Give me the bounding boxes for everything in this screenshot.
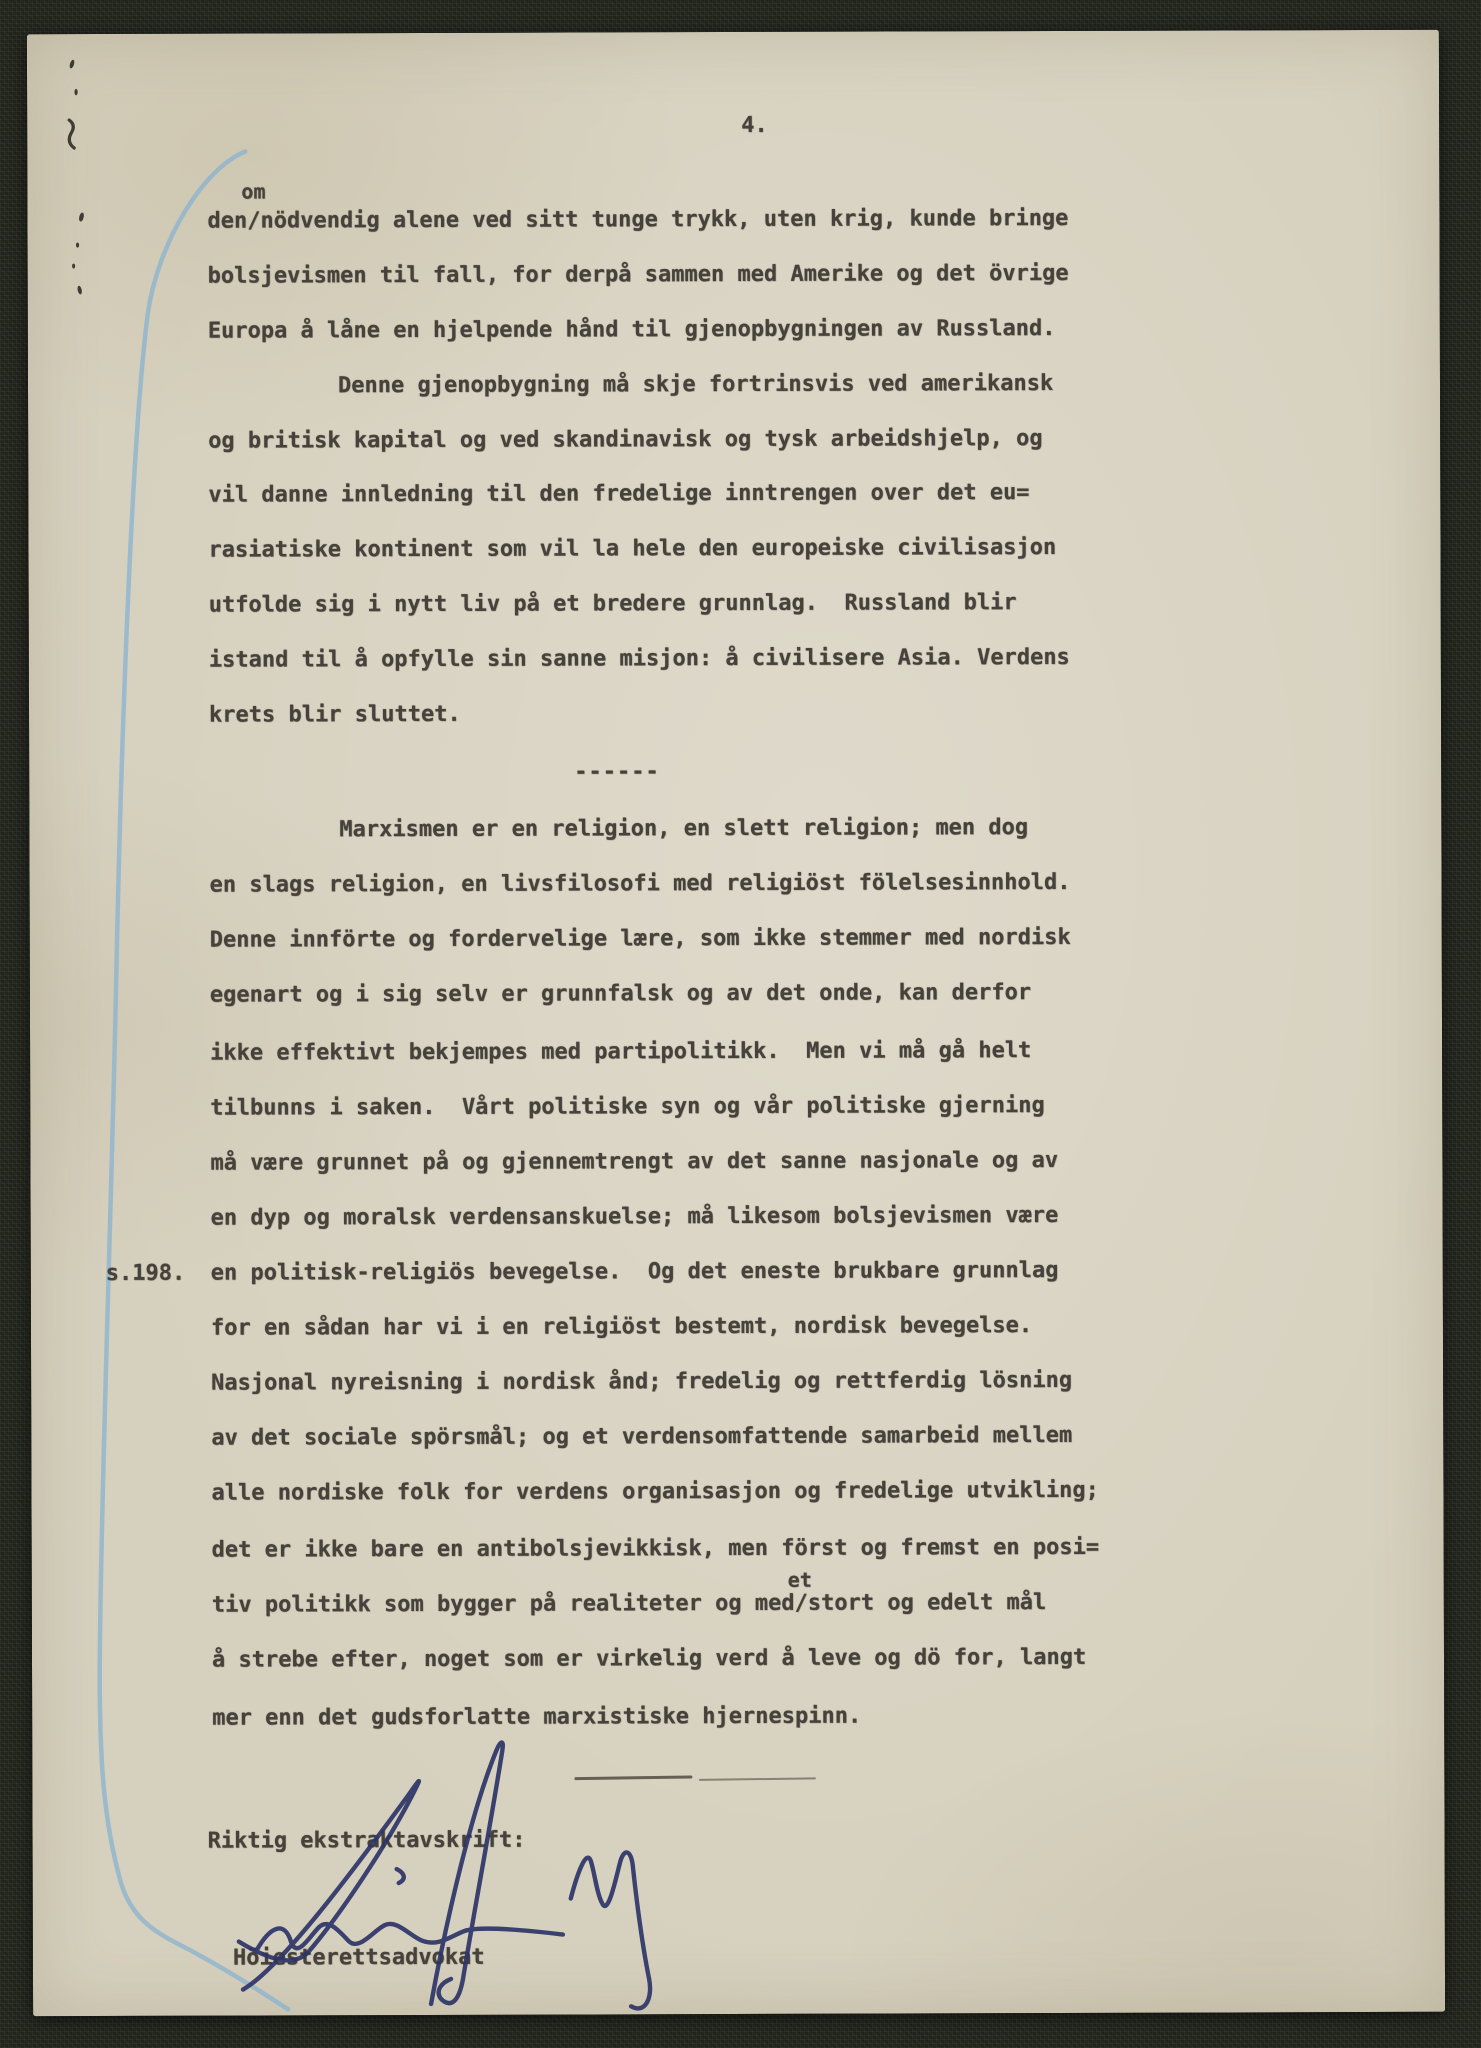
page-number: 4. xyxy=(741,112,768,140)
typed-line: egenart og i sig selv er grunnfalsk og a… xyxy=(210,979,1031,1010)
typed-line: for en sådan har vi i en religiöst beste… xyxy=(211,1312,1032,1343)
typed-line: en dyp og moralsk verdensanskuelse; må l… xyxy=(211,1202,1059,1233)
dash-separator: ------ xyxy=(574,758,660,786)
interlinear-insertion-om: om xyxy=(241,177,265,205)
typed-line: må være grunnet på og gjennemtrengt av d… xyxy=(210,1147,1058,1178)
typed-line: rasiatiske kontinent som vil la hele den… xyxy=(208,534,1056,565)
typed-line: en politisk-religiös bevegelse. Og det e… xyxy=(211,1257,1059,1288)
typed-line: Denne gjenopbygning må skje fortrinsvis … xyxy=(338,370,1053,400)
margin-note: s.198. xyxy=(106,1260,186,1288)
signature-ink xyxy=(200,1698,701,2016)
typed-line: Marxismen er en religion, en slett relig… xyxy=(339,814,1028,844)
typed-line: Denne innförte og fordervelige lære, som… xyxy=(210,924,1071,955)
ink-specks xyxy=(69,59,85,295)
typed-line: bolsjevismen til fall, for derpå sammen … xyxy=(208,260,1069,291)
scan-background: { "document": { "page_number": "4.", "ma… xyxy=(0,0,1481,2048)
typed-line: Europa å låne en hjelpende hånd til gjen… xyxy=(208,315,1056,346)
typed-line: den/nödvendig alene ved sitt tunge trykk… xyxy=(207,205,1068,236)
typed-line: alle nordiske folk for verdens organisas… xyxy=(211,1477,1099,1508)
typed-line: ikke effektivt bekjempes med partipoliti… xyxy=(210,1037,1031,1068)
typed-line: av det sociale spörsmål; og et verdensom… xyxy=(211,1422,1072,1453)
typed-line: vil danne innledning til den fredelige i… xyxy=(208,479,1029,510)
typed-line: tilbunns i saken. Vårt politiske syn og … xyxy=(210,1092,1045,1123)
typed-line: å strebe efter, noget som er virkelig ve… xyxy=(212,1644,1086,1675)
typed-line: krets blir sluttet. xyxy=(209,701,461,730)
typed-line: istand til å opfylle sin sanne misjon: å… xyxy=(209,644,1070,675)
typed-line: utfolde sig i nytt liv på et bredere gru… xyxy=(209,589,1017,620)
typed-line: det er ikke bare en antibolsjevikkisk, m… xyxy=(212,1534,1100,1565)
typed-line: tiv politikk som bygger på realiteter og… xyxy=(212,1589,1047,1620)
document-page: 4. om den/nödvendig alene ved sitt tunge… xyxy=(27,30,1445,2016)
typed-line: Nasjonal nyreisning i nordisk ånd; frede… xyxy=(211,1367,1072,1398)
typed-line: en slags religion, en livsfilosofi med r… xyxy=(210,869,1071,900)
typed-line: og britisk kapital og ved skandinavisk o… xyxy=(208,425,1043,456)
